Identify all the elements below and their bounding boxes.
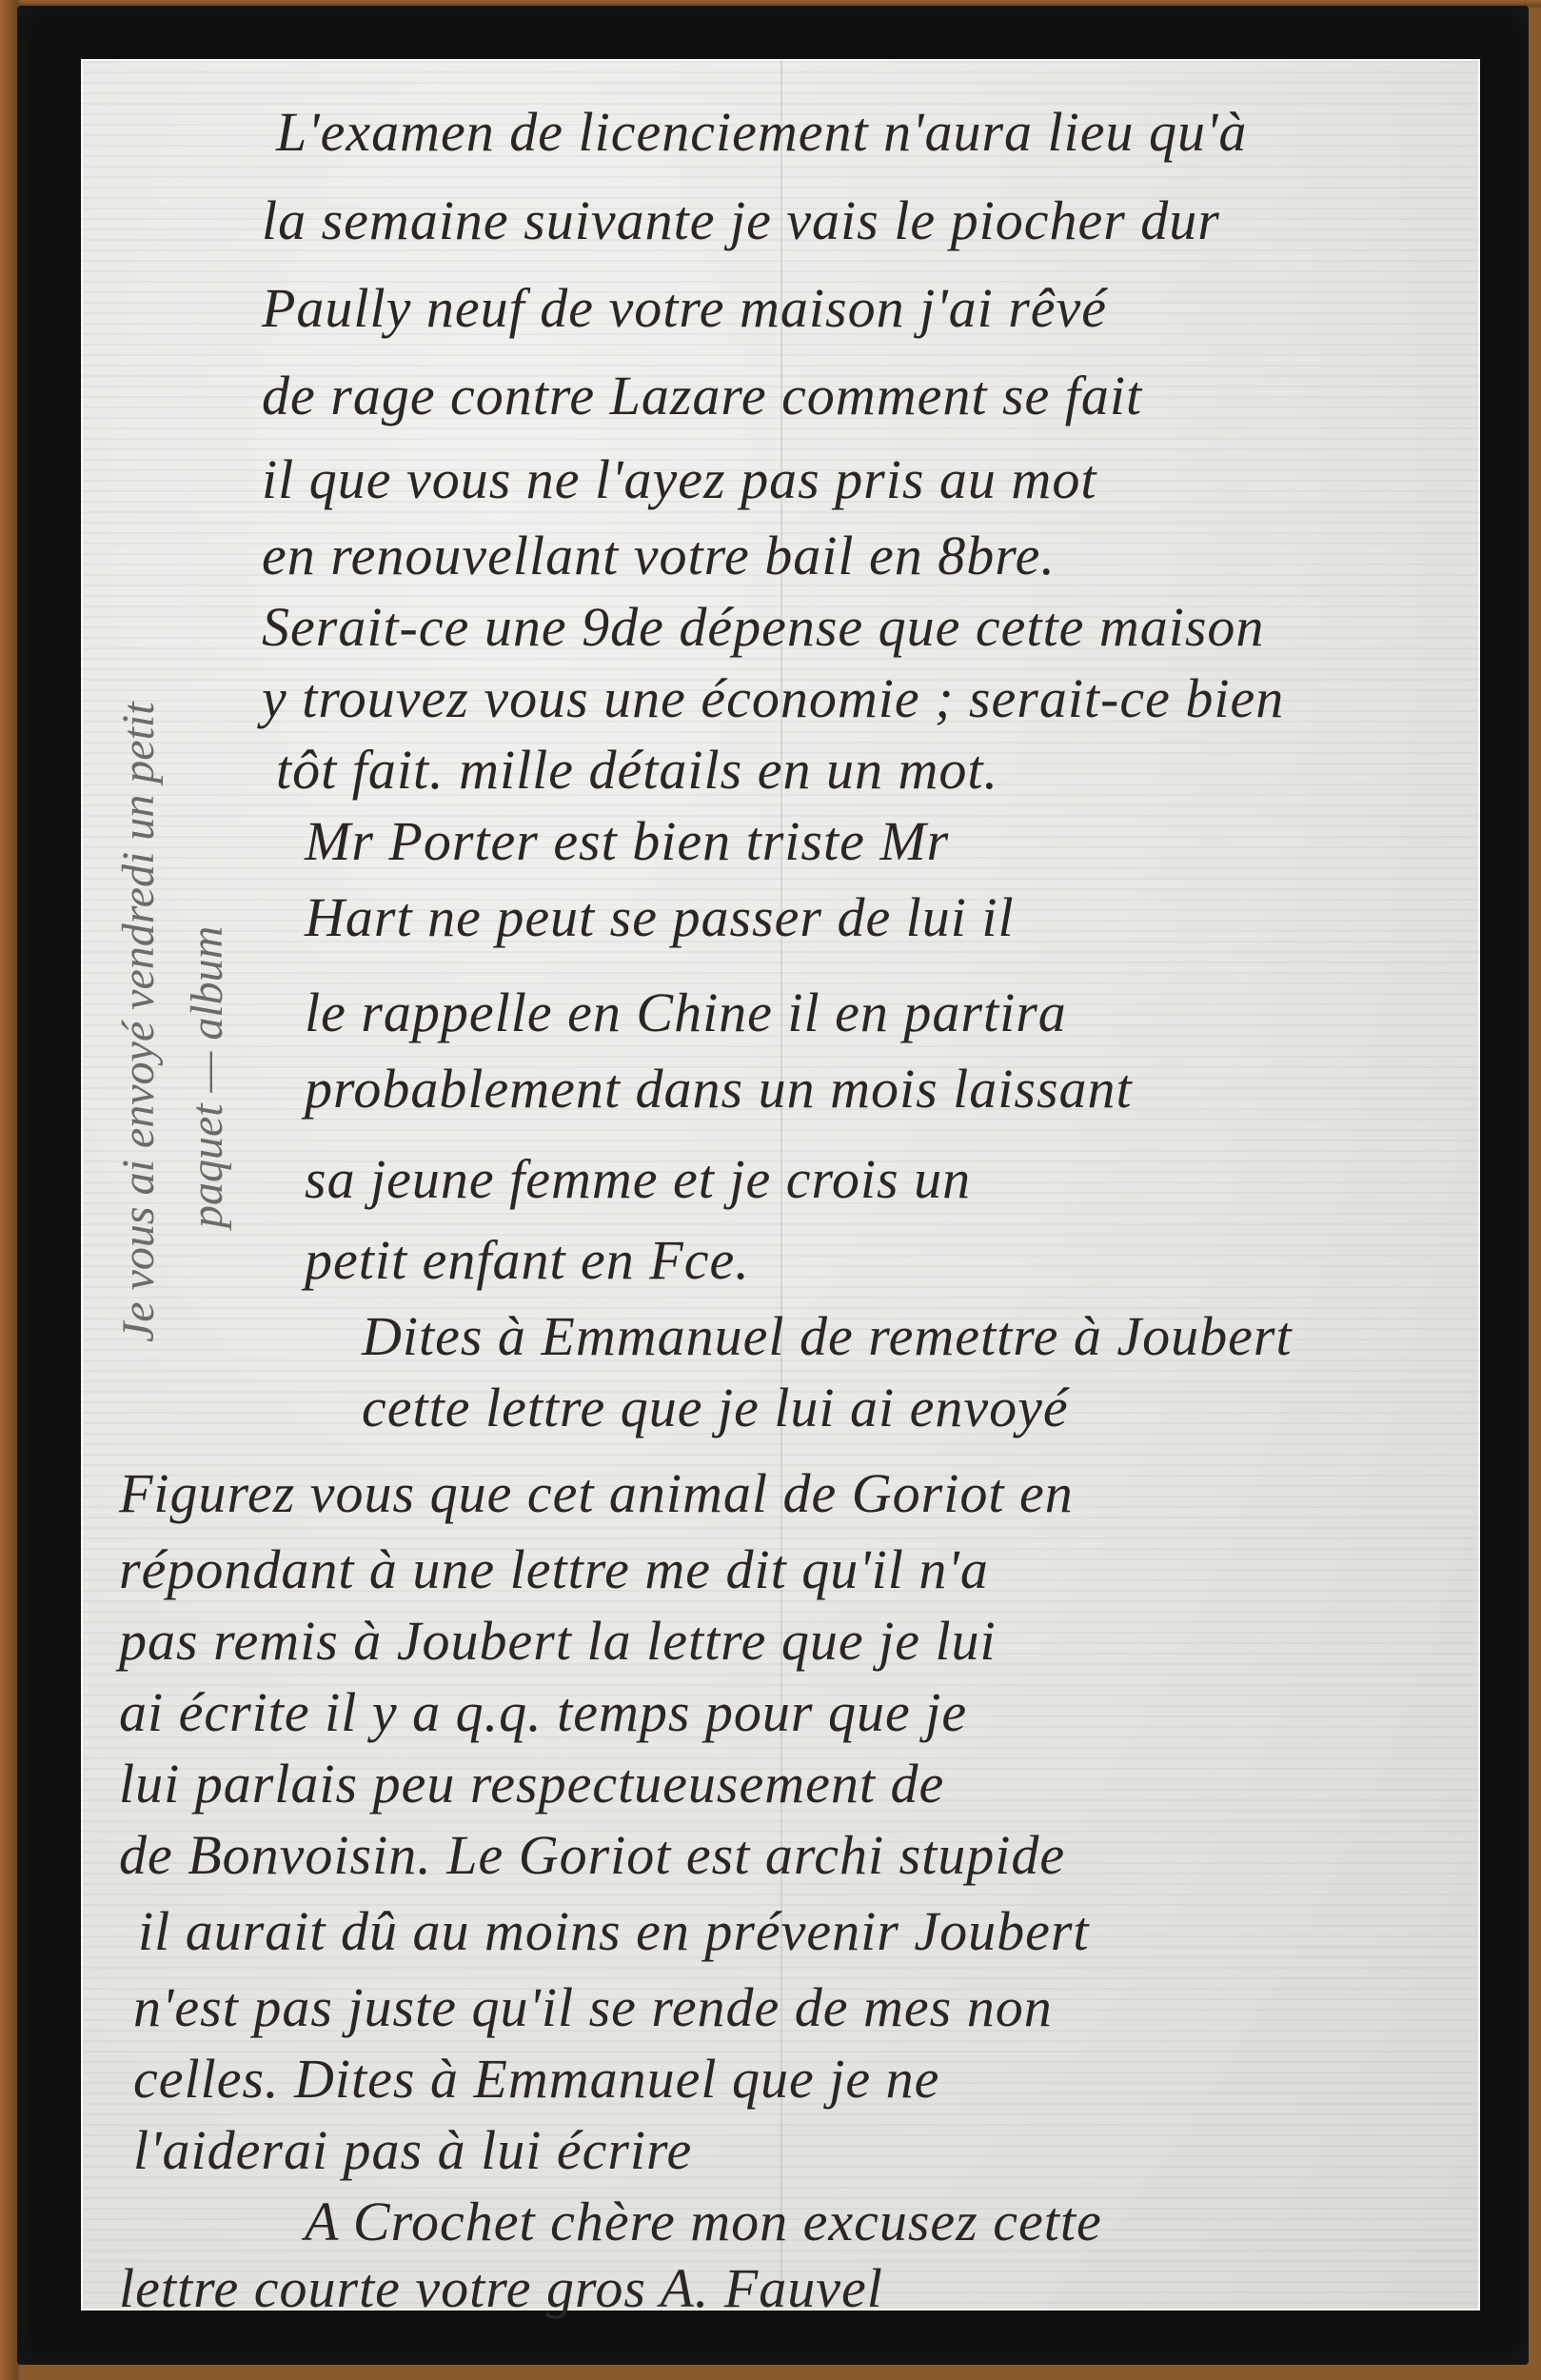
letter-line: répondant à une lettre me dit qu'il n'a [119,1537,989,1601]
letter-line: Figurez vous que cet animal de Goriot en [119,1461,1074,1525]
letter-line: il que vous ne l'ayez pas pris au mot [262,447,1096,511]
letter-line: cette lettre que je lui ai envoyé [362,1376,1069,1439]
margin-note-line: paquet — album [173,76,242,1342]
letter-line: de Bonvoisin. Le Goriot est archi stupid… [119,1823,1065,1887]
letter-line: il aurait dû au moins en prévenir Jouber… [138,1899,1090,1963]
margin-note: Je vous ai envoyé vendredi un petit paqu… [105,76,247,1342]
letter-line: Serait-ce une 9de dépense que cette mais… [262,595,1264,659]
margin-note-line: Je vous ai envoyé vendredi un petit [105,76,173,1342]
letter-line: tôt fait. mille détails en un mot. [276,738,998,802]
letter-line: A Crochet chère mon excusez cette [305,2190,1102,2253]
letter-line: sa jeune femme et je crois un [305,1147,971,1211]
letter-line: l'aiderai pas à lui écrire [133,2118,692,2182]
letter-line: Dites à Emmanuel de remettre à Joubert [362,1304,1293,1368]
letter-line: lui parlais peu respectueusement de [119,1752,944,1815]
letter-line: la semaine suivante je vais le piocher d… [262,188,1220,252]
letter-line: Hart ne peut se passer de lui il [305,885,1015,949]
letter-line: en renouvellant votre bail en 8bre. [262,524,1056,587]
letter-line: Paully neuf de votre maison j'ai rêvé [262,276,1107,340]
letter-line: de rage contre Lazare comment se fait [262,364,1142,427]
letter-closing-signature: lettre courte votre gros A. Fauvel [119,2256,883,2320]
letter-line: le rappelle en Chine il en partira [305,981,1067,1044]
letter-line: L'examen de licenciement n'aura lieu qu'… [276,100,1247,164]
letter-line: ai écrite il y a q.q. temps pour que je [119,1680,967,1744]
letter-line: y trouvez vous une économie ; serait-ce … [262,666,1284,730]
letter-line: Mr Porter est bien triste Mr [305,809,949,873]
letter-line: celles. Dites à Emmanuel que je ne [133,2047,939,2111]
letter-line: n'est pas juste qu'il se rende de mes no… [133,1975,1053,2039]
letter-line: pas remis à Joubert la lettre que je lui [119,1609,997,1673]
letter-line: probablement dans un mois laissant [305,1057,1133,1121]
letter-line: petit enfant en Fce. [305,1228,750,1292]
